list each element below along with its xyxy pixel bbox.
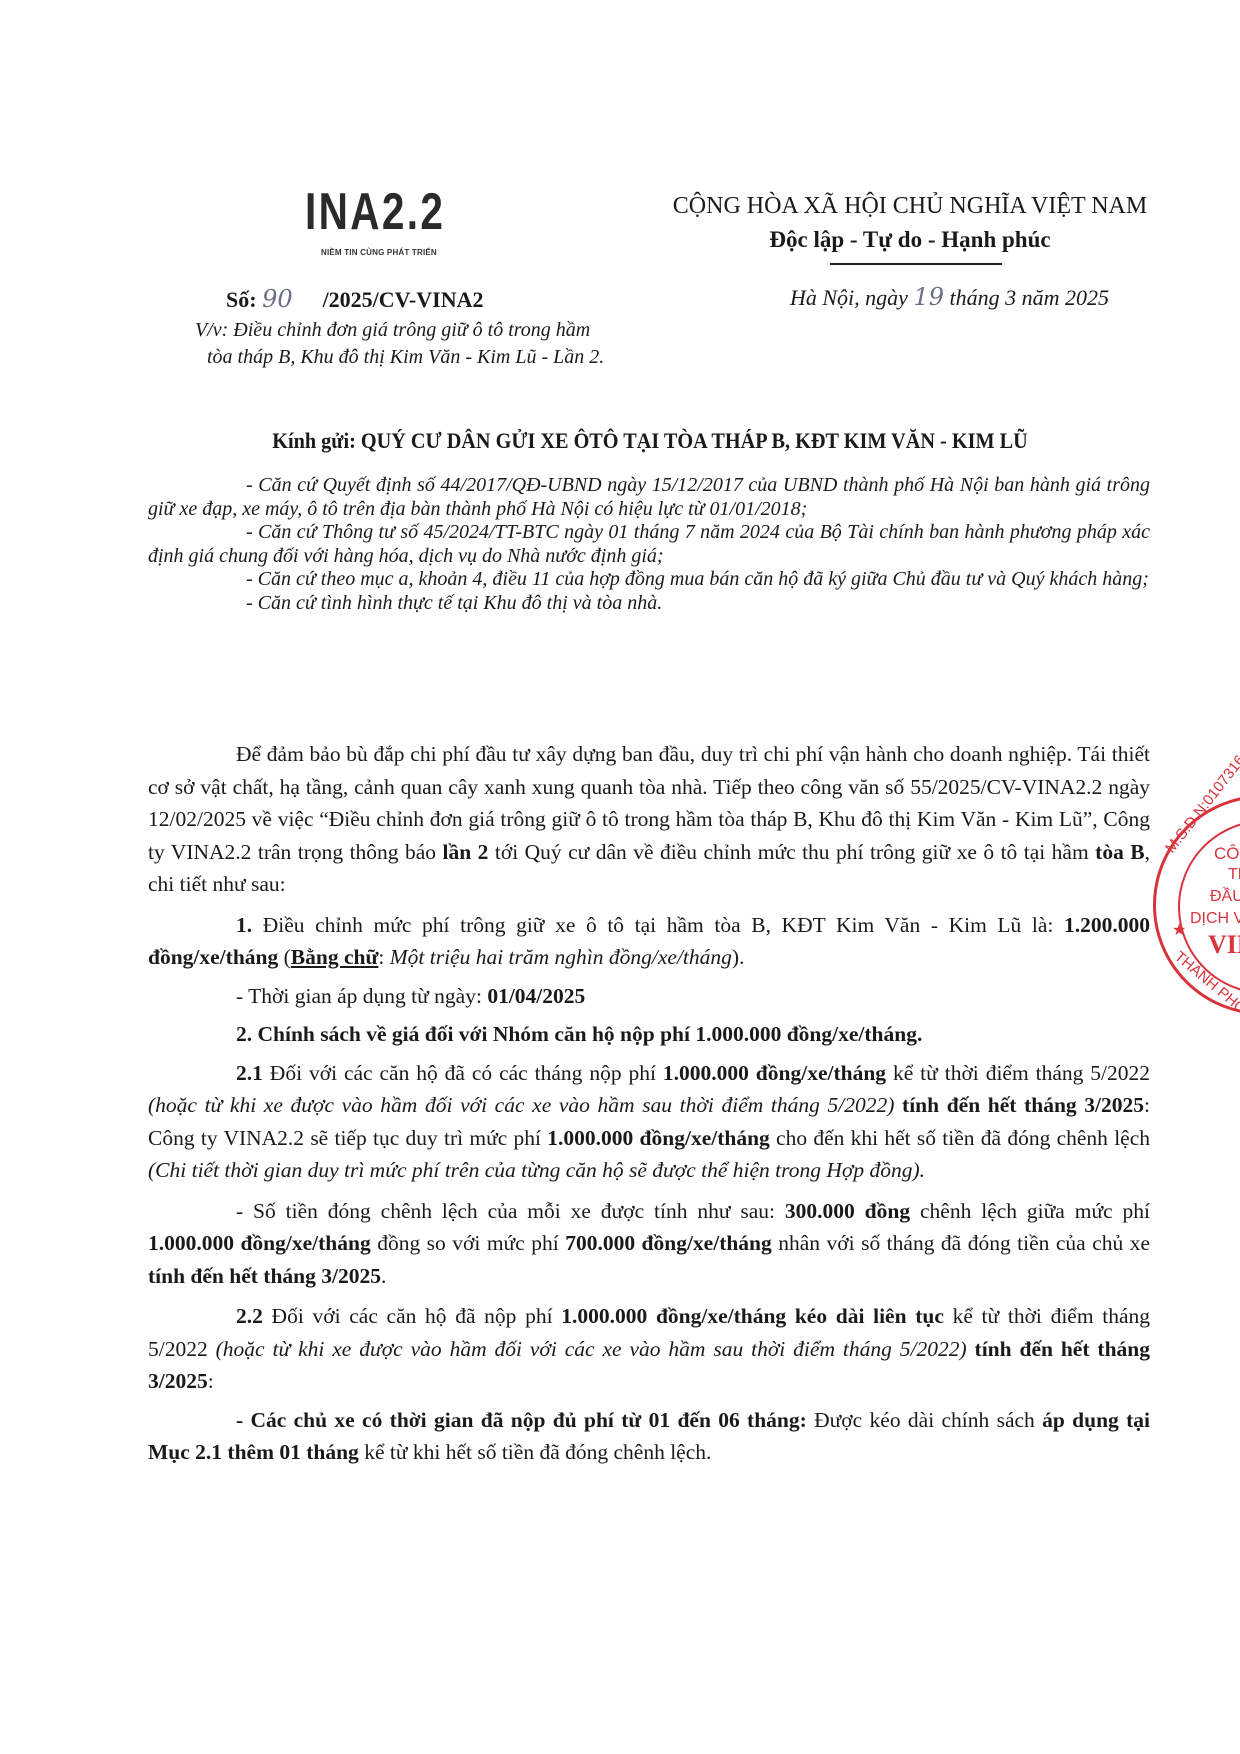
- recipient-line: Kính gửi: QUÝ CƯ DÂN GỬI XE ÔTÔ TẠI TÒA …: [190, 428, 1110, 454]
- nation-title: CỘNG HÒA XÃ HỘI CHỦ NGHĨA VIỆT NAM: [650, 193, 1170, 220]
- section-2-1: 2.1 Đối với các căn hộ đã có các tháng n…: [148, 1057, 1150, 1187]
- docno-suffix: /2025/CV-VINA2: [323, 287, 484, 312]
- logo-wordmark: INA2.2: [305, 186, 445, 238]
- docno-label: Số:: [226, 287, 257, 312]
- company-logo: INA2.2 NIỀM TIN CÙNG PHÁT TRIỂN: [233, 186, 453, 266]
- stamp-line-1: CÔNG: [1214, 844, 1240, 864]
- place-prefix: Hà Nội, ngày: [790, 285, 908, 310]
- stamp-line-4: DỊCH VỤ: [1190, 910, 1240, 928]
- subject-line-2: tòa tháp B, Khu đô thị Kim Văn - Kim Lũ …: [195, 344, 615, 371]
- legal-basis-item: - Căn cứ Quyết định số 44/2017/QĐ-UBND n…: [148, 474, 1150, 521]
- subject: V/v: Điều chỉnh đơn giá trông giữ ô tô t…: [195, 317, 615, 371]
- intro-paragraph: Để đảm bảo bù đắp chi phí đầu tư xây dựn…: [148, 738, 1150, 901]
- difference-calc: - Số tiền đóng chênh lệch của mỗi xe đượ…: [148, 1195, 1150, 1293]
- document-number: Số: 90 /2025/CV-VINA2: [226, 285, 483, 313]
- handwritten-number: 90: [262, 285, 317, 313]
- logo-tagline: NIỀM TIN CÙNG PHÁT TRIỂN: [321, 248, 437, 257]
- handwritten-day: 19: [913, 283, 944, 311]
- legal-basis-item: - Căn cứ theo mục a, khoản 4, điều 11 củ…: [148, 568, 1150, 592]
- item-2-heading: 2. Chính sách về giá đối với Nhóm căn hộ…: [148, 1018, 1150, 1051]
- motto: Độc lập - Tự do - Hạnh phúc: [650, 227, 1170, 253]
- item-1: 1. Điều chỉnh mức phí trông giữ xe ô tô …: [148, 909, 1150, 974]
- date-suffix: tháng 3 năm 2025: [950, 285, 1110, 310]
- company-stamp: M.S.D.N:0107316 CÔNG TNH ĐẦU T DỊCH VỤ V…: [1153, 795, 1240, 1015]
- subject-line-1: V/v: Điều chỉnh đơn giá trông giữ ô tô t…: [195, 319, 590, 341]
- document-body: Để đảm bảo bù đắp chi phí đầu tư xây dựn…: [148, 738, 1150, 1469]
- legal-basis-item: - Căn cứ tình hình thực tế tại Khu đô th…: [148, 592, 1150, 616]
- apply-date: - Thời gian áp dụng từ ngày: 01/04/2025: [148, 980, 1150, 1013]
- stamp-line-2: TNH: [1228, 866, 1240, 884]
- motto-underline: [830, 263, 1002, 265]
- section-2-2: 2.2 Đối với các căn hộ đã nộp phí 1.000.…: [148, 1300, 1150, 1398]
- legal-basis-item: - Căn cứ Thông tư số 45/2024/TT-BTC ngày…: [148, 521, 1150, 568]
- owners-policy: - Các chủ xe có thời gian đã nộp đủ phí …: [148, 1404, 1150, 1469]
- stamp-line-5: VIN: [1208, 930, 1240, 960]
- stamp-line-3: ĐẦU T: [1210, 888, 1240, 906]
- legal-basis: - Căn cứ Quyết định số 44/2017/QĐ-UBND n…: [148, 474, 1150, 615]
- star-icon: ★: [1172, 920, 1186, 940]
- place-date: Hà Nội, ngày 19 tháng 3 năm 2025: [790, 283, 1109, 311]
